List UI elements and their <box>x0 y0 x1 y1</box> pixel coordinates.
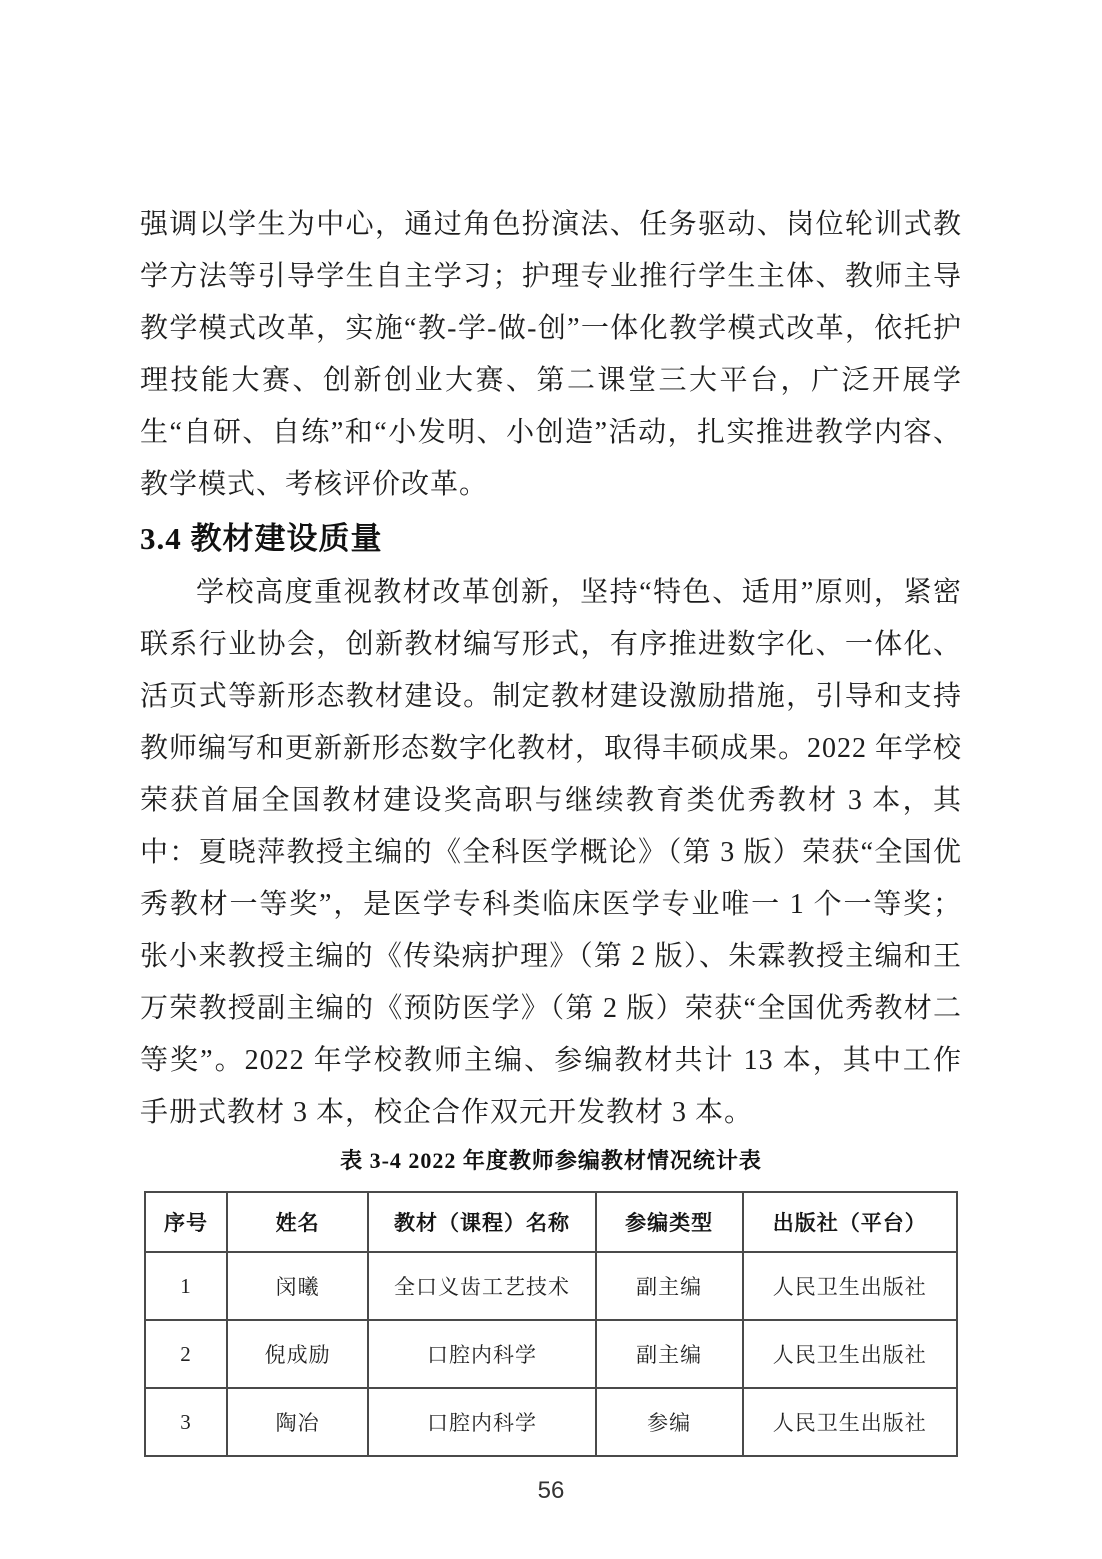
header-cell-publisher: 出版社（平台） <box>743 1192 957 1252</box>
header-cell-name: 姓名 <box>227 1192 368 1252</box>
paragraph-teaching-reform: 强调以学生为中心，通过角色扮演法、任务驱动、岗位轮训式教学方法等引导学生自主学习… <box>140 0 962 511</box>
header-cell-type: 参编类型 <box>596 1192 743 1252</box>
cell-book: 口腔内科学 <box>368 1320 595 1388</box>
document-page: 强调以学生为中心，通过角色扮演法、任务驱动、岗位轮训式教学方法等引导学生自主学习… <box>0 0 1102 1559</box>
header-cell-book: 教材（课程）名称 <box>368 1192 595 1252</box>
cell-name: 陶冶 <box>227 1388 368 1456</box>
cell-type: 副主编 <box>596 1320 743 1388</box>
header-cell-no: 序号 <box>145 1192 227 1252</box>
cell-publisher: 人民卫生出版社 <box>743 1252 957 1320</box>
paragraph-textbook-quality: 学校高度重视教材改革创新，坚持“特色、适用”原则，紧密联系行业协会，创新教材编写… <box>140 567 962 1139</box>
cell-book: 全口义齿工艺技术 <box>368 1252 595 1320</box>
cell-type: 副主编 <box>596 1252 743 1320</box>
textbook-statistics-table: 序号 姓名 教材（课程）名称 参编类型 出版社（平台） 1 闵曦 全口义齿工艺技… <box>144 1191 958 1457</box>
table-caption: 表 3-4 2022 年度教师参编教材情况统计表 <box>140 1141 962 1181</box>
page-number: 56 <box>140 1477 962 1505</box>
cell-publisher: 人民卫生出版社 <box>743 1388 957 1456</box>
section-heading-3-4: 3.4 教材建设质量 <box>140 511 962 567</box>
cell-book: 口腔内科学 <box>368 1388 595 1456</box>
cell-no: 1 <box>145 1252 227 1320</box>
cell-no: 3 <box>145 1388 227 1456</box>
table-header-row: 序号 姓名 教材（课程）名称 参编类型 出版社（平台） <box>145 1192 957 1252</box>
cell-type: 参编 <box>596 1388 743 1456</box>
table-row: 3 陶冶 口腔内科学 参编 人民卫生出版社 <box>145 1388 957 1456</box>
table-row: 1 闵曦 全口义齿工艺技术 副主编 人民卫生出版社 <box>145 1252 957 1320</box>
cell-publisher: 人民卫生出版社 <box>743 1320 957 1388</box>
cell-no: 2 <box>145 1320 227 1388</box>
page-content: 强调以学生为中心，通过角色扮演法、任务驱动、岗位轮训式教学方法等引导学生自主学习… <box>140 0 962 1505</box>
cell-name: 闵曦 <box>227 1252 368 1320</box>
table-row: 2 倪成励 口腔内科学 副主编 人民卫生出版社 <box>145 1320 957 1388</box>
cell-name: 倪成励 <box>227 1320 368 1388</box>
